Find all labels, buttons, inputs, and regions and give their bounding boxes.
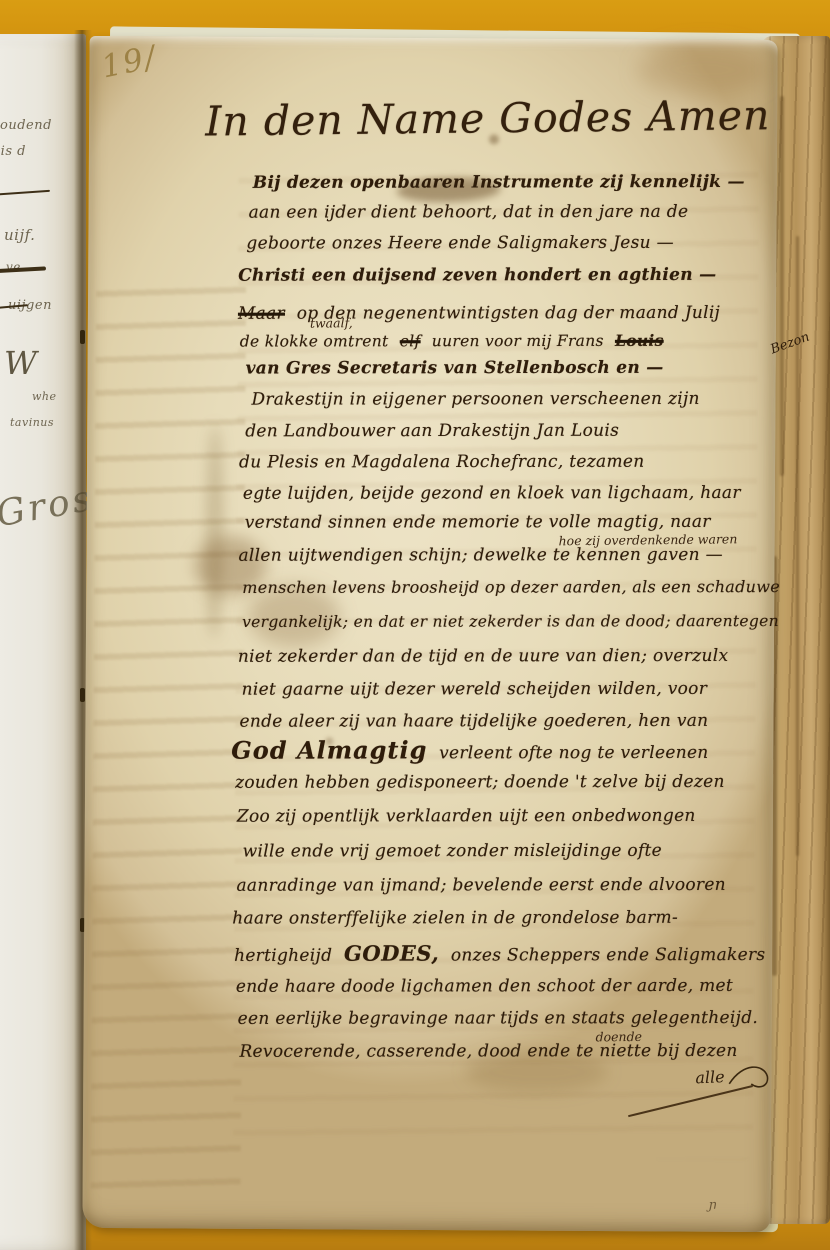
- manuscript-line: van Gres Secretaris van Stellenbosch en …: [246, 358, 664, 379]
- manuscript-line: aan een ijder dient behoort, dat in den …: [249, 202, 689, 223]
- manuscript-line: Drakestijn in eijgener persoonen versche…: [251, 389, 699, 410]
- manuscript-line: geboorte onzes Heere ende Saligmakers Je…: [246, 233, 674, 254]
- facing-page-text-fragment: lis d: [0, 144, 26, 159]
- manuscript-line: niet zekerder dan de tijd en de uure van…: [238, 646, 729, 667]
- line-text: uuren voor mij Frans: [432, 332, 604, 350]
- manuscript-line: ende haare doode ligchamen den schoot de…: [236, 976, 733, 997]
- manuscript-line: du Plesis en Magdalena Rochefranc, tezam…: [239, 452, 644, 473]
- manuscript-line: niet gaarne uijt dezer wereld scheijden …: [242, 679, 708, 700]
- struck-word: elf: [400, 332, 421, 350]
- facing-page-ink-stroke: [0, 190, 50, 196]
- manuscript-line: God Almagtig verleent ofte nog te verlee…: [231, 735, 714, 765]
- facing-page-text-fragment: oudend: [0, 118, 52, 133]
- manuscript-page: 19/ In den Name Godes Amen Bij dezen ope…: [82, 36, 777, 1232]
- line-text: onzes Scheppers ende Saligmakers: [451, 945, 766, 966]
- photographed-manuscript-scene: oudend lis d uijf. ve uijgen W whe tavin…: [0, 0, 830, 1250]
- manuscript-line: egte luijden, beijde gezond en kloek van…: [243, 483, 741, 504]
- manuscript-line: vergankelijk; en dat er niet zekerder is…: [242, 612, 779, 631]
- manuscript-line: Christi een duijsend zeven hondert en ag…: [238, 265, 716, 286]
- struck-word: Louis: [615, 331, 664, 350]
- folio-number: 19/: [98, 39, 160, 86]
- struck-word: Maar: [238, 304, 285, 324]
- manuscript-line: Revocerende, casserende, dood ende te ni…: [239, 1041, 737, 1062]
- fore-edge-streak: [796, 236, 799, 856]
- catchword: alle: [695, 1067, 725, 1087]
- line-text: de klokke omtrent: [240, 332, 389, 350]
- manuscript-line: Zoo zij opentlijk verklaarden uijt een o…: [237, 806, 696, 827]
- pen-flourish-line: [628, 1085, 753, 1117]
- line-text: verleent ofte nog te verleenen: [439, 743, 708, 763]
- page-heading: In den Name Godes Amen: [205, 91, 771, 145]
- fore-edge-streak: [780, 96, 784, 476]
- emphasized-words: God Almagtig: [231, 735, 427, 764]
- manuscript-line: aanradinge van ijmand; bevelende eerst e…: [236, 875, 726, 896]
- manuscript-line: ende aleer zij van haare tijdelijke goed…: [239, 711, 708, 732]
- manuscript-line: verstand sinnen ende memorie te volle ma…: [245, 512, 711, 533]
- interlinear-insertion: twaalf,: [310, 315, 353, 330]
- manuscript-line: Bij dezen openbaaren Instrumente zij ken…: [253, 172, 745, 193]
- bleedthrough-text: [91, 272, 247, 1203]
- manuscript-line: haare onsterffelijke zielen in de gronde…: [232, 908, 678, 929]
- damp-stain: [637, 43, 769, 96]
- facing-page-text-fragment: whe: [32, 390, 57, 403]
- facing-page-text-fragment: tavinus: [10, 416, 54, 429]
- manuscript-line: zouden hebben gedisponeert; doende 't ze…: [235, 772, 725, 793]
- manuscript-line: allen uijtwendigen schijn; dewelke te ke…: [238, 545, 722, 566]
- emphasized-words: GODES,: [344, 941, 439, 966]
- manuscript-line: menschen levens broosheijd op dezer aard…: [242, 577, 780, 597]
- manuscript-line: hertigheijd GODES, onzes Scheppers ende …: [234, 940, 771, 966]
- manuscript-line: de klokke omtrent elf uuren voor mij Fra…: [240, 331, 670, 351]
- facing-page-text-fragment: W: [4, 344, 37, 382]
- binding-stitch: [80, 688, 85, 702]
- facing-page-text-fragment: uijf.: [4, 226, 35, 244]
- damp-stain: [206, 425, 223, 639]
- binding-stitch: [80, 330, 85, 344]
- line-text: op den negenentwintigsten dag der maand …: [297, 303, 720, 324]
- manuscript-line: een eerlijke begravinge naar tijds en st…: [238, 1008, 758, 1029]
- manuscript-line: wille ende vrij gemoet zonder misleijdin…: [243, 841, 662, 862]
- pen-mark: ɲ: [708, 1198, 716, 1213]
- manuscript-line: den Landbouwer aan Drakestijn Jan Louis: [245, 421, 619, 442]
- line-text: hertigheijd: [234, 946, 332, 966]
